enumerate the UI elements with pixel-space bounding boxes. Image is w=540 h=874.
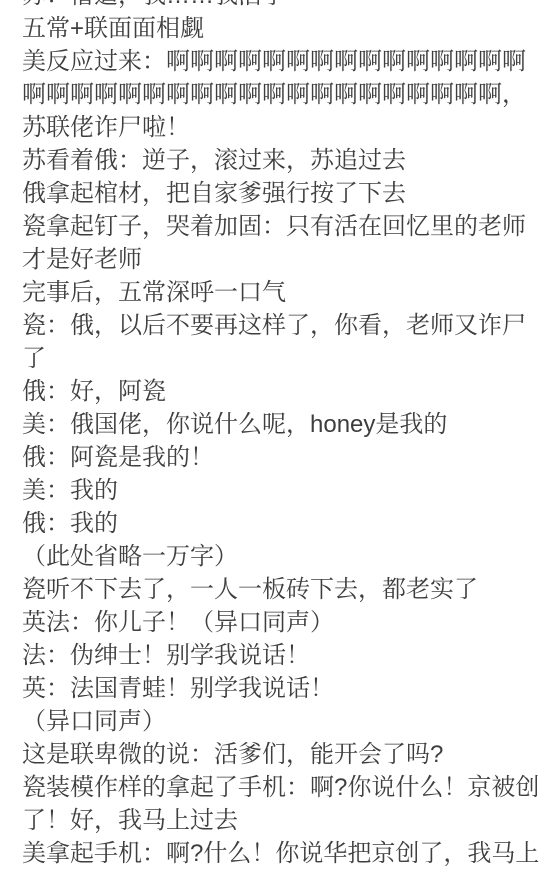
text-line: 美反应过来：啊啊啊啊啊啊啊啊啊啊啊啊啊啊啊 [22,45,526,78]
text-line: （此处省略一万字） [22,540,526,573]
text-line: 瓷装模作样的拿起了手机：啊?你说什么！京被创 [22,771,526,804]
text-line: 了 [22,342,526,375]
text-line: 俄：阿瓷是我的！ [22,441,526,474]
text-line: 瓷：俄，以后不要再这样了，你看，老师又诈尸 [22,309,526,342]
text-line: 完事后，五常深呼一口气 [22,276,526,309]
text-line: 苏：懵逼，我……我活了 [22,0,526,12]
text-line: 美：俄国佬，你说什么呢，honey是我的 [22,408,526,441]
text-line: 法：伪绅士！别学我说话！ [22,639,526,672]
text-line: 俄拿起棺材，把自家爹强行按了下去 [22,177,526,210]
text-line: 瓷听不下去了，一人一板砖下去，都老实了 [22,573,526,606]
text-line: 才是好老师 [22,243,526,276]
text-line: 英：法国青蛙！别学我说话！ [22,672,526,705]
text-line: 苏看着俄：逆子，滚过来，苏追过去 [22,144,526,177]
text-line: 五常+联面面相觑 [22,12,526,45]
text-line: 这是联卑微的说：活爹们，能开会了吗? [22,738,526,771]
text-line: 英法：你儿子！（异口同声） [22,606,526,639]
text-line: 苏联佬诈尸啦！ [22,111,526,144]
text-line: 美：我的 [22,474,526,507]
text-line: 瓷拿起钉子，哭着加固：只有活在回忆里的老师 [22,210,526,243]
text-line: 俄：好，阿瓷 [22,375,526,408]
text-line: 俄：我的 [22,507,526,540]
text-line: 了！好，我马上过去 [22,804,526,837]
story-page: 苏：懵逼，我……我活了五常+联面面相觑美反应过来：啊啊啊啊啊啊啊啊啊啊啊啊啊啊啊… [0,0,540,874]
text-line: （异口同声） [22,705,526,738]
text-line: 啊啊啊啊啊啊啊啊啊啊啊啊啊啊啊啊啊啊啊啊， [22,78,526,111]
text-line: 美拿起手机：啊?什么！你说华把京创了，我马上 [22,837,526,870]
story-text-block: 苏：懵逼，我……我活了五常+联面面相觑美反应过来：啊啊啊啊啊啊啊啊啊啊啊啊啊啊啊… [0,0,540,870]
